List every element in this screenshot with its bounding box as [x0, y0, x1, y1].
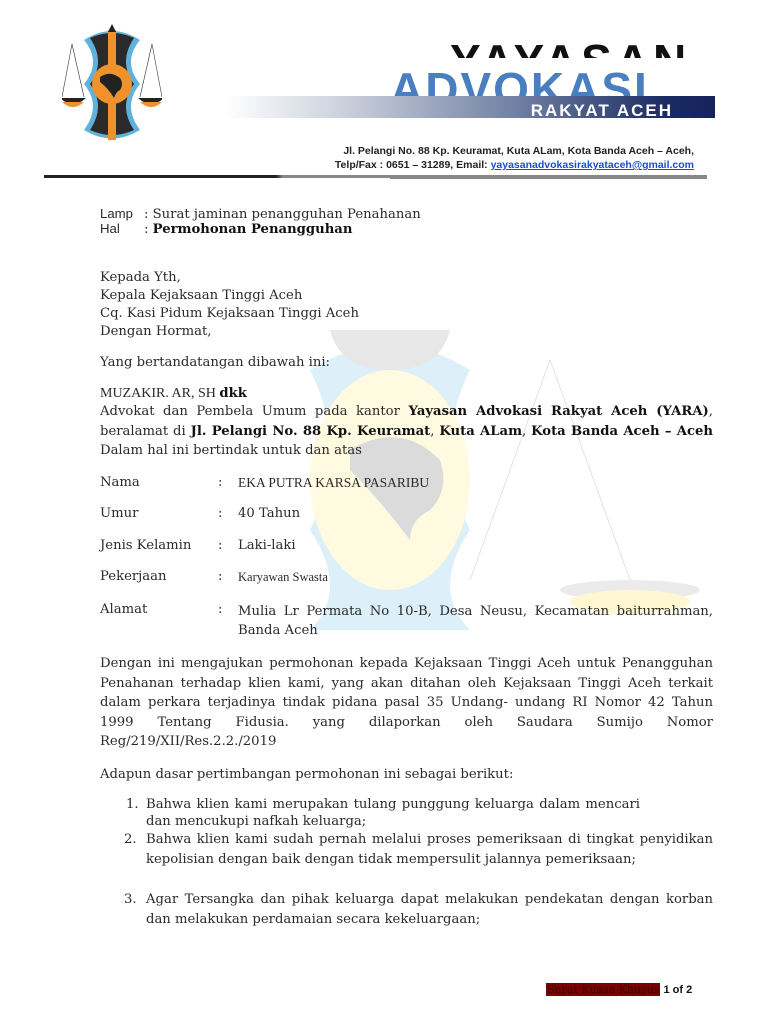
signer-description: Advokat dan Pembela Umum pada kantor Yay…	[100, 402, 713, 461]
org-address: Jl. Pelangi No. 88 Kp. Keuramat, Kuta AL…	[335, 144, 694, 158]
salutation: Dengan Hormat,	[100, 323, 211, 341]
org-name-line1: YAYASAN	[450, 30, 700, 58]
reasons-intro: Adapun dasar pertimbangan permohonan ini…	[100, 766, 513, 784]
signer-name: MUZAKIR. AR, SH dkk	[100, 385, 247, 403]
org-name-line3: RAKYAT ACEH	[531, 102, 673, 118]
request-paragraph: Dengan ini mengajukan permohonan kepada …	[100, 654, 713, 752]
recipient-line-1: Kepada Yth,	[100, 269, 181, 287]
recipient-line-2: Kepala Kejaksaan Tinggi Aceh	[100, 287, 302, 305]
intro-line: Yang bertandatangan dibawah ini:	[100, 354, 330, 372]
page-number: 1 of 2	[660, 984, 692, 996]
hal-label: Hal	[100, 220, 144, 238]
org-email-link[interactable]: yayasanadvokasirakyataceh@gmail.com	[491, 159, 694, 171]
letterhead-divider-thin	[390, 178, 707, 179]
page-footer: Surat Kuasa Khusus 1 of 2	[546, 983, 692, 996]
recipient-line-3: Cq. Kasi Pidum Kejaksaan Tinggi Aceh	[100, 305, 359, 323]
hal-value: Permohonan Penangguhan	[153, 222, 353, 237]
reason-item-3: 3.Agar Tersangka dan pihak keluarga dapa…	[120, 890, 713, 929]
org-name-banner: RAKYAT ACEH	[225, 96, 715, 118]
reason-item-2: 2.Bahwa klien kami sudah pernah melalui …	[120, 830, 713, 869]
yara-logo-icon	[62, 22, 162, 147]
document-type-tag: Surat Kuasa Khusus	[546, 983, 660, 996]
reason-item-1: 1.Bahwa klien kami merupakan tulang pung…	[120, 796, 640, 830]
org-contact: Telp/Fax : 0651 – 31289, Email: yayasana…	[335, 158, 694, 172]
hal-line: Hal: Permohonan Penangguhan	[100, 220, 352, 239]
org-address-block: Jl. Pelangi No. 88 Kp. Keuramat, Kuta AL…	[335, 144, 694, 172]
org-name-line2: ADVOKASI	[390, 62, 670, 96]
